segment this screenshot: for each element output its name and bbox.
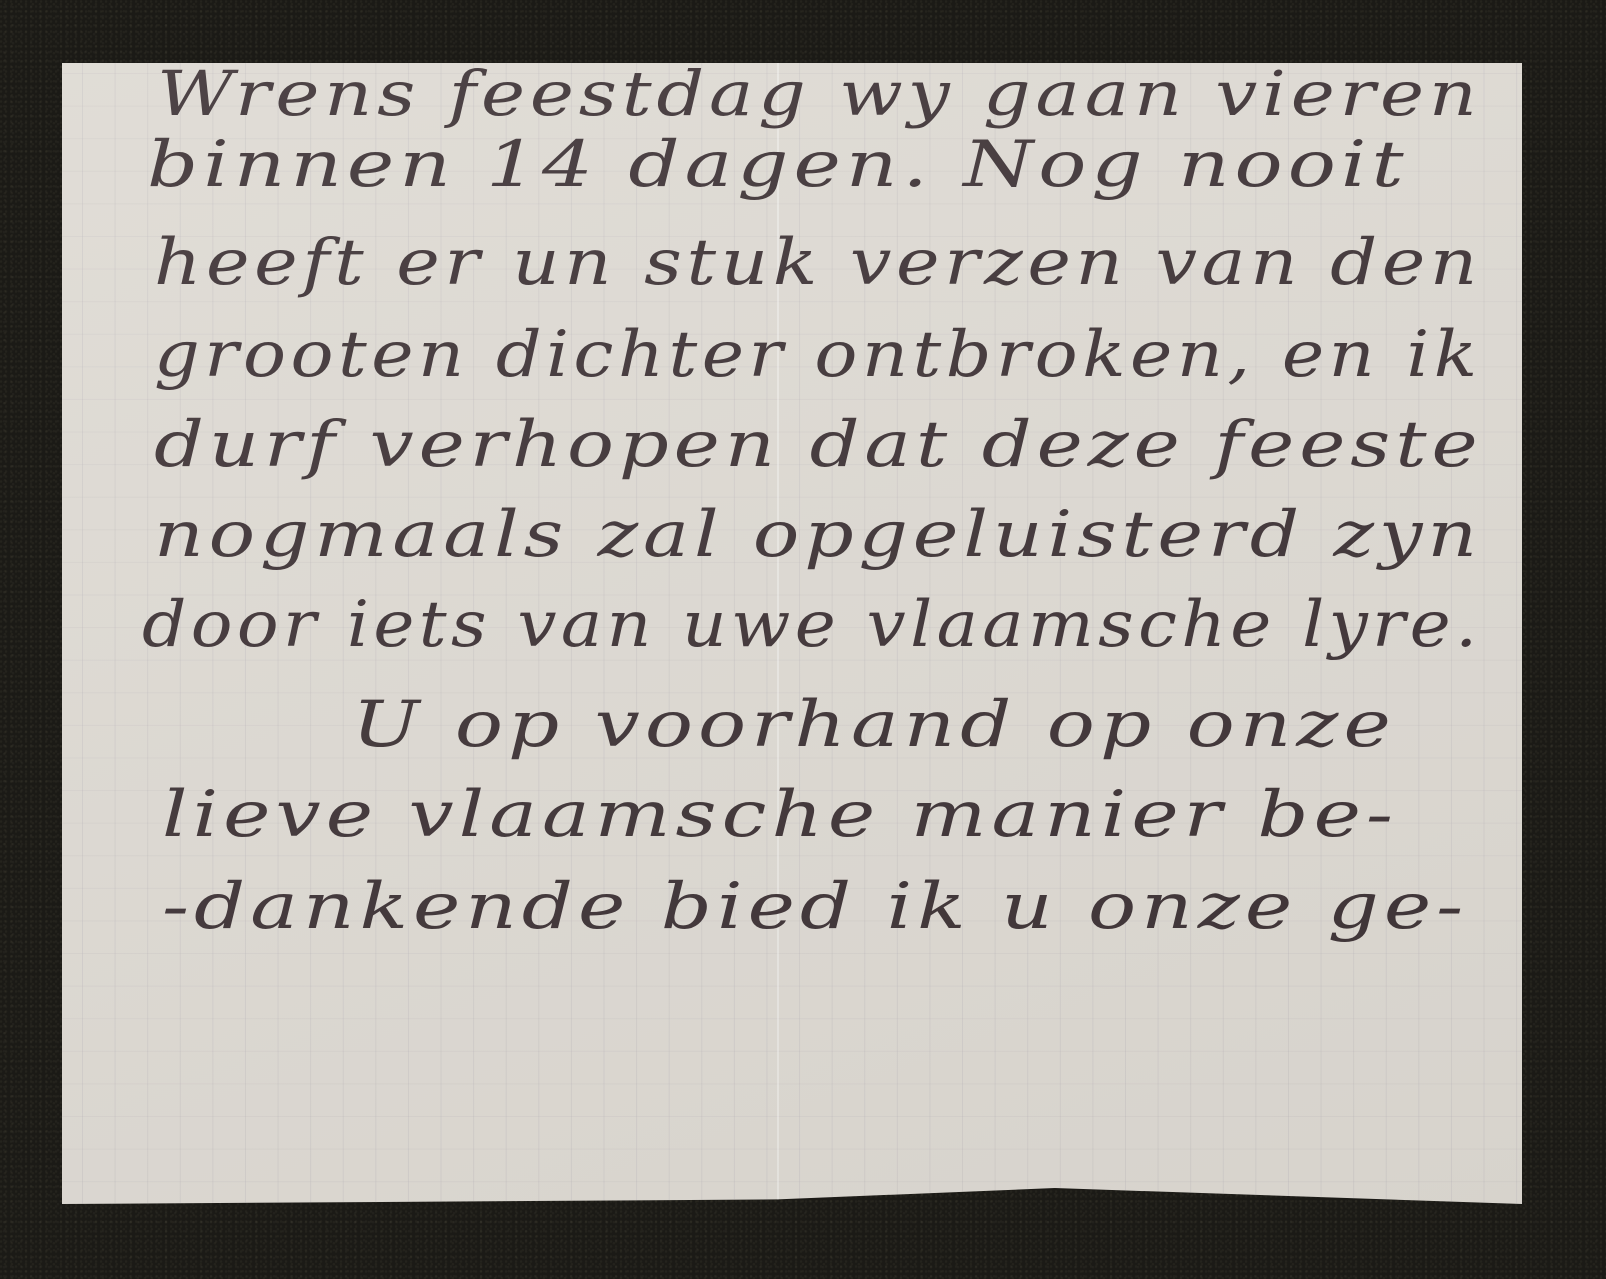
text-line-8: U op voorhand op onze — [352, 693, 1396, 757]
text-line-7: door iets van uwe vlaamsche lyre. — [142, 593, 1481, 657]
text-line-3: heeft er un stuk verzen van den — [154, 231, 1482, 295]
text-line-10: -dankende bied ik u onze ge- — [162, 875, 1468, 939]
text-line-1: Wrens feestdag wy gaan vieren — [157, 63, 1482, 125]
handwritten-text: Wrens feestdag wy gaan vieren binnen 14 … — [62, 63, 1522, 1204]
text-line-2: binnen 14 dagen. Nog nooit — [147, 133, 1409, 197]
text-line-6: nogmaals zal opgeluisterd zyn — [154, 503, 1482, 567]
text-line-5: durf verhopen dat deze feeste — [154, 413, 1483, 477]
text-line-4: grooten dichter ontbroken, en ik — [154, 323, 1482, 387]
letter-paper: Wrens feestdag wy gaan vieren binnen 14 … — [62, 63, 1522, 1204]
text-line-9: lieve vlaamsche manier be- — [162, 783, 1398, 847]
